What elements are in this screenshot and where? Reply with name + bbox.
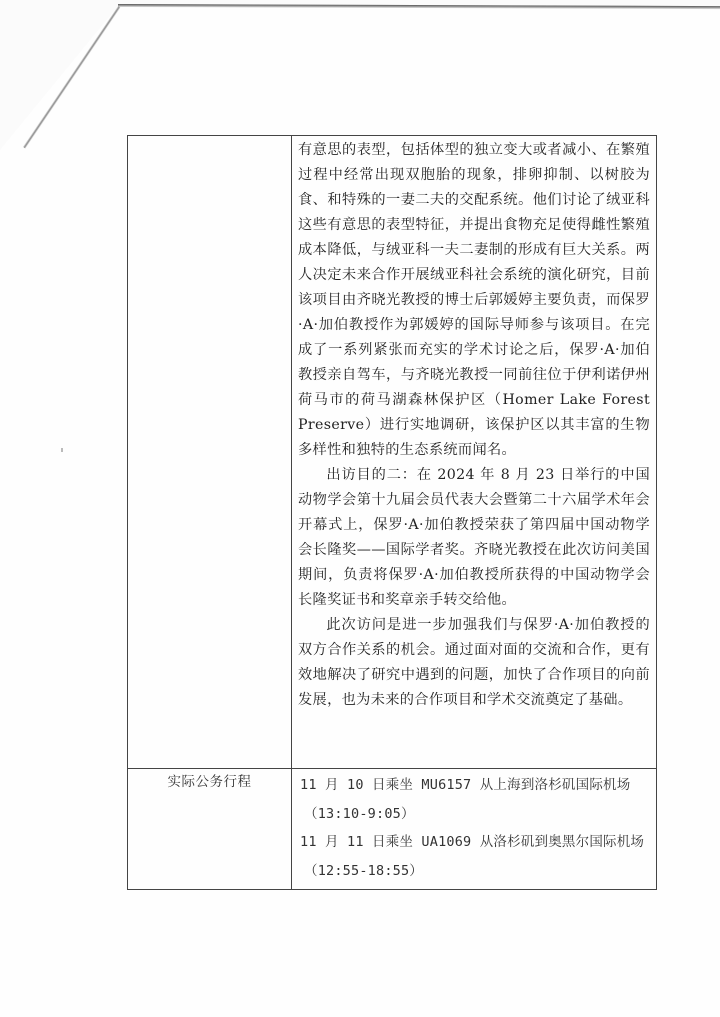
paragraph-purpose-two: 出访目的二：在 2024 年 8 月 23 日举行的中国动物学会第十九届会员代表… [298, 463, 650, 613]
itinerary-content-cell: 11 月 10 日乘坐 MU6157 从上海到洛杉矶国际机场 （13:10-9:… [292, 769, 657, 890]
flight-2-route: 11 月 11 日乘坐 UA1069 从洛杉矶到奥黑尔国际机场 [300, 828, 650, 857]
report-table: 有意思的表型，包括体型的独立变大或者减小、在繁殖过程中经常出现双胞胎的现象，排卵… [127, 135, 657, 890]
itinerary-label-cell: 实际公务行程 [128, 769, 292, 890]
itinerary-label: 实际公务行程 [128, 769, 291, 793]
flight-1-time: （13:10-9:05） [300, 800, 650, 829]
table-row-itinerary: 实际公务行程 11 月 10 日乘坐 MU6157 从上海到洛杉矶国际机场 （1… [128, 769, 657, 890]
report-label-cell [128, 136, 292, 769]
paragraph-visit-summary: 此次访问是进一步加强我们与保罗·A·加伯教授的双方合作关系的机会。通过面对面的交… [298, 613, 650, 713]
paragraph-phenotypes-and-fieldwork: 有意思的表型，包括体型的独立变大或者减小、在繁殖过程中经常出现双胞胎的现象，排卵… [298, 138, 650, 463]
table-row-report-content: 有意思的表型，包括体型的独立变大或者减小、在繁殖过程中经常出现双胞胎的现象，排卵… [128, 136, 657, 769]
flight-2-time: （12:55-18:55） [300, 857, 650, 886]
report-label [128, 136, 291, 138]
report-content-cell: 有意思的表型，包括体型的独立变大或者减小、在繁殖过程中经常出现双胞胎的现象，排卵… [292, 136, 657, 769]
flight-1-route: 11 月 10 日乘坐 MU6157 从上海到洛杉矶国际机场 [300, 771, 650, 800]
scan-speck [61, 448, 63, 452]
